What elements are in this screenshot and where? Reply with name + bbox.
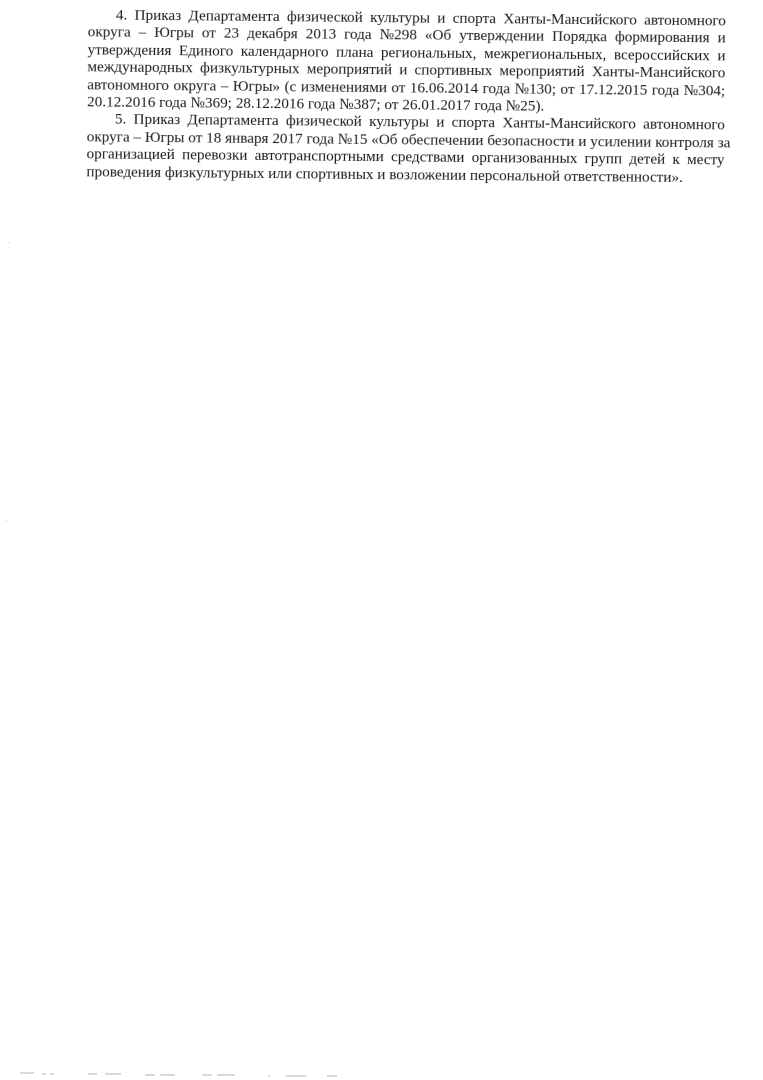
scan-speck [8, 242, 9, 243]
scan-speck [6, 520, 7, 521]
document-body: 4. Приказ Департамента физической культу… [58, 6, 726, 186]
paragraph-4: 4. Приказ Департамента физической культу… [59, 6, 726, 117]
scan-noise-footer [0, 1070, 763, 1080]
document-page: 4. Приказ Департамента физической культу… [0, 0, 763, 1080]
paragraph-5: 5. Приказ Департамента физической культу… [58, 110, 725, 186]
